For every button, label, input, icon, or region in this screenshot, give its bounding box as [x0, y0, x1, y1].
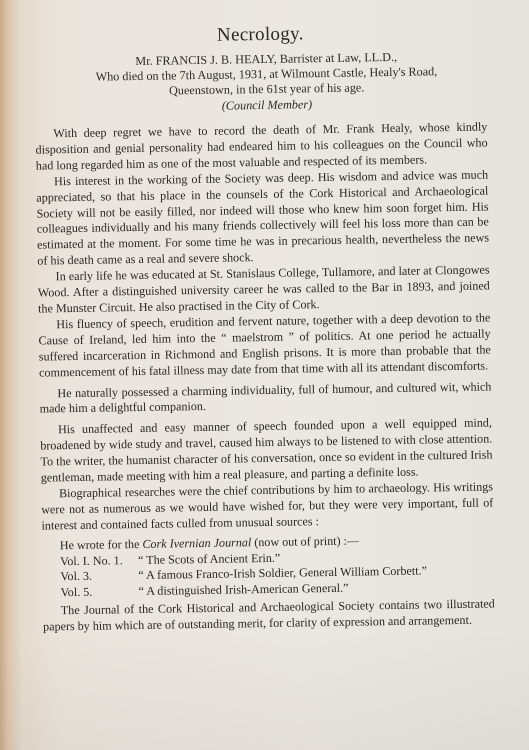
publication-volume: Vol. 3.: [60, 568, 138, 585]
publication-volume: Vol. 5.: [60, 584, 138, 601]
paragraph: He naturally possessed a charming indivi…: [39, 379, 491, 418]
document-page: Necrology. Mr. FRANCIS J. B. HEALY, Barr…: [0, 0, 529, 750]
publication-title: “ A distinguished Irish-American General…: [138, 581, 348, 600]
obituary-body: With deep regret we have to record the d…: [35, 119, 495, 635]
paragraph: His fluency of speech, erudition and fer…: [38, 310, 491, 381]
paragraph: Biographical researches were the chief c…: [41, 479, 494, 534]
publication-volume: Vol. I. No. 1.: [60, 553, 138, 570]
lead-suffix: (now out of print) :—: [251, 533, 359, 549]
paragraph: With deep regret we have to record the d…: [35, 119, 488, 174]
closing-section: The Journal of the Cork Historical and A…: [43, 597, 495, 636]
paragraph: In early life he was educated at St. Sta…: [37, 263, 490, 318]
lead-text: He wrote for the: [60, 537, 143, 552]
paragraph: His unaffected and easy manner of speech…: [40, 416, 493, 487]
publication-list: He wrote for the Cork Ivernian Journal (…: [60, 531, 495, 601]
journal-name: Cork Ivernian Journal: [142, 535, 251, 551]
page-title: Necrology.: [0, 20, 525, 50]
closing-paragraph: The Journal of the Cork Historical and A…: [43, 597, 495, 636]
paragraph: His interest in the working of the Socie…: [36, 167, 489, 270]
